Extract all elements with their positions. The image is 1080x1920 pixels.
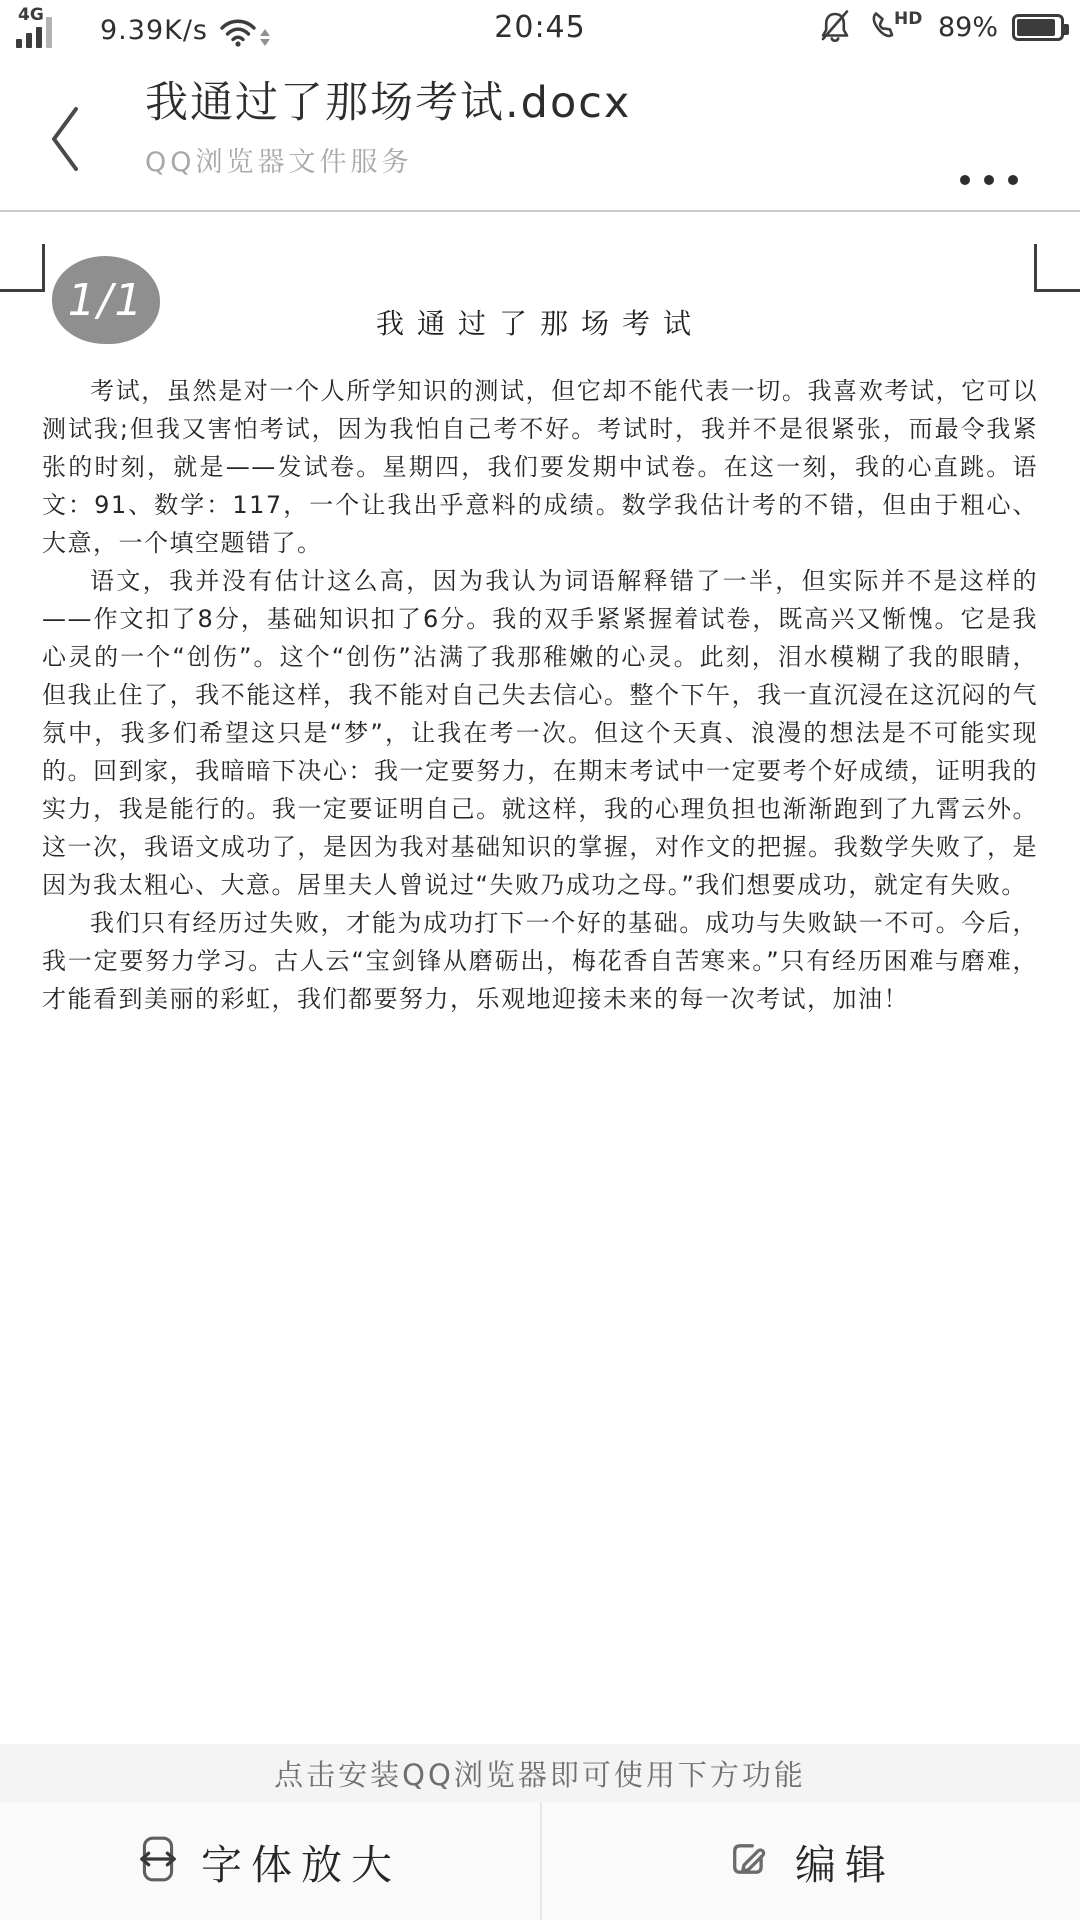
paragraph-1: 考试，虽然是对一个人所学知识的测试，但它却不能代表一切。我喜欢考试，它可以测试我… <box>42 372 1038 562</box>
font-zoom-button[interactable]: 字体放大 <box>0 1802 540 1920</box>
page-corner-mark-left <box>0 244 45 292</box>
page-indicator-badge: 1/1 <box>52 256 160 344</box>
mute-bell-icon <box>818 8 852 48</box>
screen: 4G 9.39K/s 20:45 <box>0 0 1080 1920</box>
page-corner-mark-right <box>1034 244 1080 292</box>
font-zoom-icon <box>139 1835 177 1887</box>
paragraph-2: 语文，我并没有估计这么高，因为我认为词语解释错了一半，但实际并不是这样的——作文… <box>42 562 1038 904</box>
font-zoom-label: 字体放大 <box>201 1832 401 1891</box>
header-text-block: 我通过了那场考试.docx QQ浏览器文件服务 <box>145 69 631 179</box>
file-source-subtitle: QQ浏览器文件服务 <box>145 140 631 179</box>
battery-percent-label: 89% <box>938 12 998 43</box>
document-header: 我通过了那场考试.docx QQ浏览器文件服务 <box>0 55 1080 212</box>
install-qq-browser-banner[interactable]: 点击安装QQ浏览器即可使用下方功能 <box>0 1744 1080 1802</box>
edit-button[interactable]: 编辑 <box>540 1802 1080 1920</box>
svg-text:HD: HD <box>894 9 922 29</box>
document-page: 1/1 我通过了那场考试 考试，虽然是对一个人所学知识的测试，但它却不能代表一切… <box>0 214 1080 1744</box>
edit-pencil-icon <box>727 1837 771 1885</box>
status-right-cluster: HD 89% <box>818 0 1064 55</box>
more-menu-button[interactable] <box>960 175 1018 185</box>
file-title: 我通过了那场考试.docx <box>145 69 631 138</box>
paragraph-3: 我们只有经历过失败，才能为成功打下一个好的基础。成功与失败缺一不可。今后，我一定… <box>42 904 1038 1018</box>
edit-label: 编辑 <box>795 1832 895 1891</box>
document-body: 考试，虽然是对一个人所学知识的测试，但它却不能代表一切。我喜欢考试，它可以测试我… <box>42 372 1038 1018</box>
bottom-action-bar: 字体放大 编辑 <box>0 1802 1080 1920</box>
status-bar: 4G 9.39K/s 20:45 <box>0 0 1080 55</box>
volte-hd-icon: HD <box>866 8 924 48</box>
document-title: 我通过了那场考试 <box>0 214 1080 342</box>
back-button[interactable] <box>46 103 86 175</box>
battery-icon <box>1012 14 1064 41</box>
